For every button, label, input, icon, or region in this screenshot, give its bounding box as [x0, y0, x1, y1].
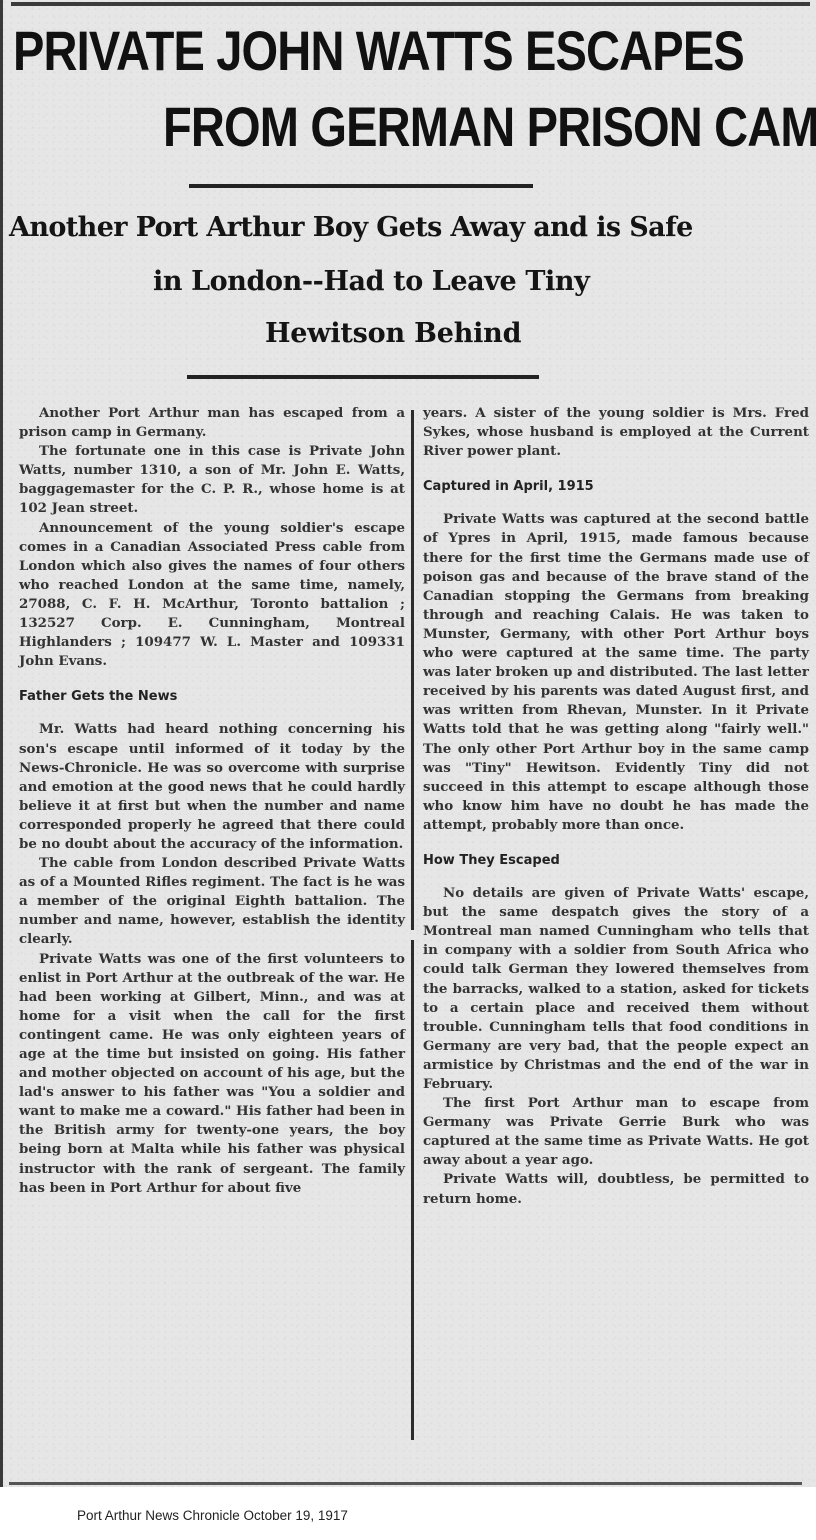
paragraph: The cable from London described Private …	[19, 854, 405, 949]
paragraph: years. A sister of the young soldier is …	[423, 404, 809, 461]
paragraph: Private Watts was one of the first volun…	[19, 950, 405, 1198]
deck-line-2: in London--Had to Leave Tiny	[153, 266, 816, 297]
deck-line-1: Another Port Arthur Boy Gets Away and is…	[9, 212, 816, 243]
paragraph: Private Watts was captured at the second…	[423, 510, 809, 835]
paragraph: Announcement of the young soldier's esca…	[19, 519, 405, 672]
article-column-right: years. A sister of the young soldier is …	[423, 404, 809, 1209]
subheading-how-they-escaped: How They Escaped	[423, 851, 809, 870]
deck-line-3: Hewitson Behind	[265, 318, 816, 349]
headline-line-2: FROM GERMAN PRISON CAMP	[163, 94, 712, 159]
subheading-father-gets-news: Father Gets the News	[19, 687, 405, 706]
paragraph: The fortunate one in this case is Privat…	[19, 442, 405, 518]
subheading-captured-april-1915: Captured in April, 1915	[423, 477, 809, 496]
column-divider	[411, 410, 414, 930]
source-caption: Port Arthur News Chronicle October 19, 1…	[77, 1508, 348, 1523]
article-column-left: Another Port Arthur man has escaped from…	[19, 404, 405, 1198]
paragraph: The first Port Arthur man to escape from…	[423, 1094, 809, 1170]
newspaper-clipping: PRIVATE JOHN WATTS ESCAPES FROM GERMAN P…	[0, 0, 816, 1487]
paragraph: Mr. Watts had heard nothing concerning h…	[19, 720, 405, 854]
bottom-border-rule	[9, 1482, 802, 1485]
paragraph: Another Port Arthur man has escaped from…	[19, 404, 405, 442]
headline-divider-rule	[189, 184, 533, 188]
paragraph: Private Watts will, doubtless, be permit…	[423, 1170, 809, 1208]
top-border-rule	[11, 2, 810, 6]
column-divider	[411, 940, 414, 1440]
headline-line-1: PRIVATE JOHN WATTS ESCAPES	[13, 18, 688, 83]
paragraph: No details are given of Private Watts' e…	[423, 884, 809, 1094]
deck-divider-rule	[187, 375, 539, 379]
